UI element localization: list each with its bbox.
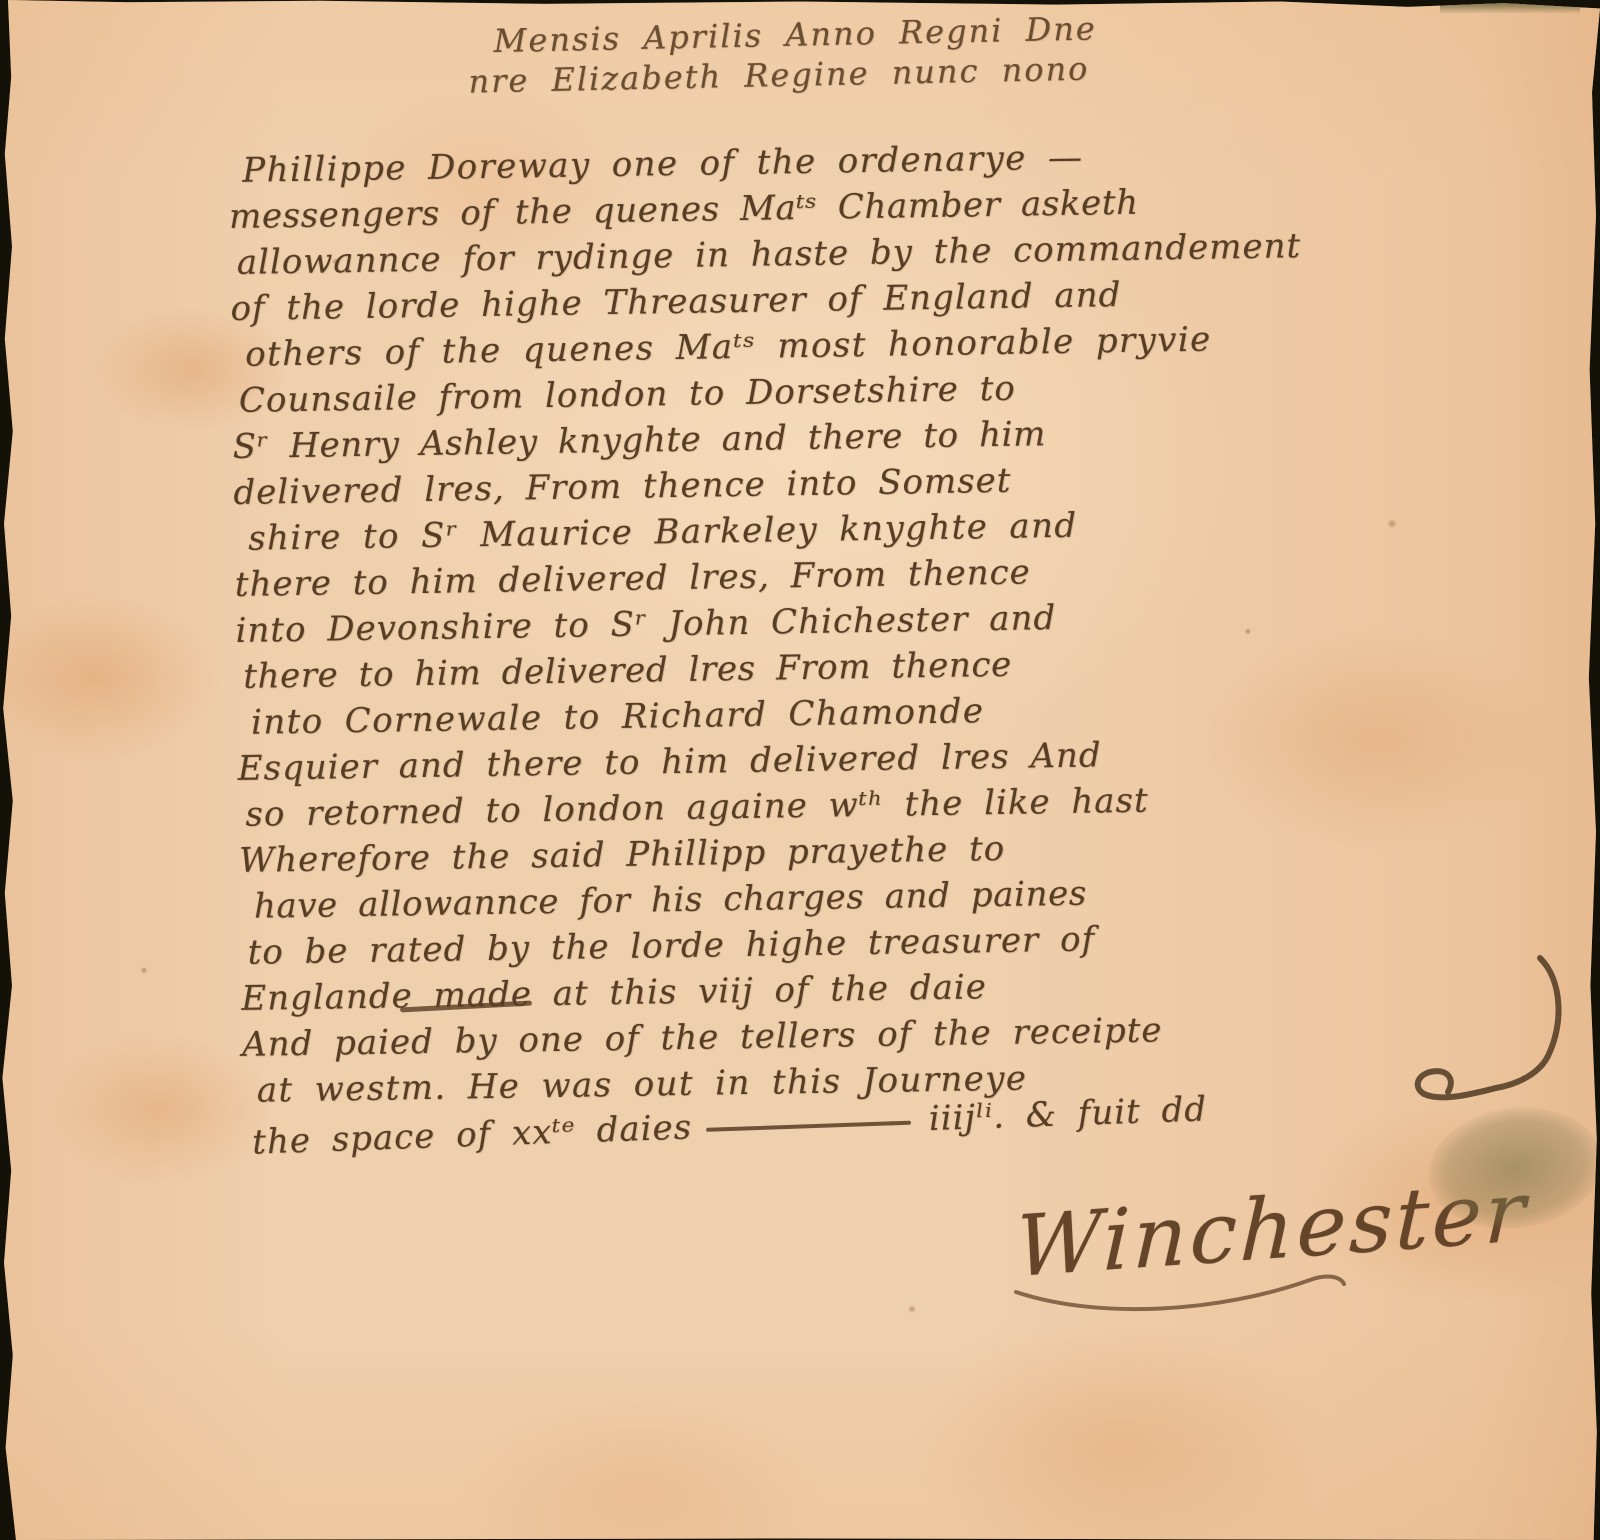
payment-note: iiijˡⁱ. & fuit dd — [928, 1089, 1208, 1139]
manuscript-page: Mensis Aprilis Anno Regni Dne nre Elizab… — [0, 0, 1600, 1540]
closing-left-text: the space of xxᵗᵉ daies — [252, 1107, 693, 1162]
tally-dash — [706, 1121, 911, 1132]
photo-background: Mensis Aprilis Anno Regni Dne nre Elizab… — [0, 0, 1600, 1540]
petition-body-text: Phillippe Doreway one of the ordenarye —… — [228, 128, 1495, 1114]
top-edge-stain — [1440, 0, 1580, 14]
latin-date-heading: Mensis Aprilis Anno Regni Dne nre Elizab… — [467, 9, 1098, 100]
